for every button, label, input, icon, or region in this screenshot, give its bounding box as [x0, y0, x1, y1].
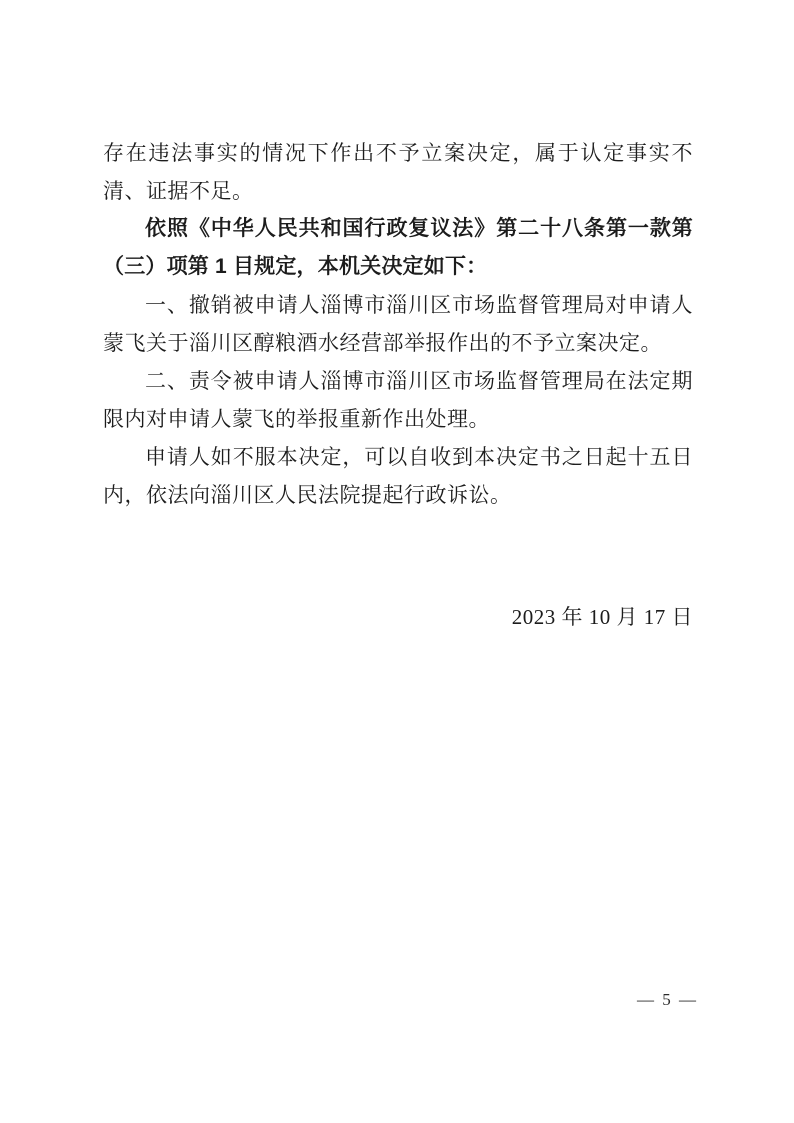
document-page: 存在违法事实的情况下作出不予立案决定，属于认定事实不清、证据不足。 依照《中华人…: [0, 0, 794, 1123]
paragraph-decision-item-2: 二、责令被申请人淄博市淄川区市场监督管理局在法定期限内对申请人蒙飞的举报重新作出…: [103, 362, 693, 438]
page-number: — 5 —: [637, 990, 698, 1010]
document-body: 存在违法事实的情况下作出不予立案决定，属于认定事实不清、证据不足。 依照《中华人…: [103, 134, 693, 636]
paragraph-continuation: 存在违法事实的情况下作出不予立案决定，属于认定事实不清、证据不足。: [103, 134, 693, 210]
paragraph-appeal-rights: 申请人如不服本决定，可以自收到本决定书之日起十五日内，依法向淄川区人民法院提起行…: [103, 438, 693, 514]
paragraph-decision-item-1: 一、撤销被申请人淄博市淄川区市场监督管理局对申请人蒙飞关于淄川区醇粮酒水经营部举…: [103, 286, 693, 362]
decision-date: 2023 年 10 月 17 日: [103, 598, 693, 636]
paragraph-legal-basis: 依照《中华人民共和国行政复议法》第二十八条第一款第（三）项第 1 目规定，本机关…: [103, 210, 693, 286]
